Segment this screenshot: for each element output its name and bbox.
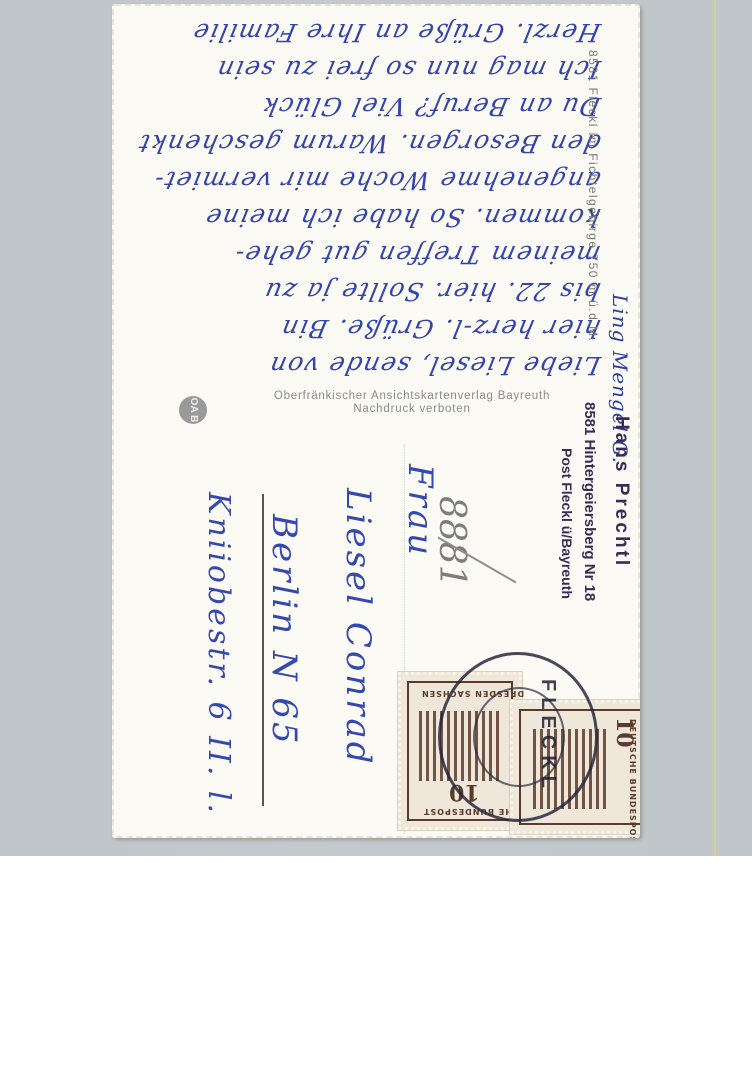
sender-name: Hans Prechtl: [610, 416, 632, 568]
postcard: Liebe Liesel, sende von hier herz-l. Grü…: [112, 4, 640, 838]
message-line: bis 22. hier. Sollte ja zu: [116, 273, 604, 310]
message-line: meinem Treffen gut gehe-: [116, 236, 604, 273]
sender-street: 8581 Hintergeiersberg Nr 18: [581, 402, 598, 601]
message-line: kommen. So habe ich meine: [116, 199, 604, 236]
postmark: FLECKL: [438, 652, 598, 822]
message-line: angenehme Woche mir vermiet-: [116, 162, 604, 199]
handwritten-message: Liebe Liesel, sende von hier herz-l. Grü…: [120, 4, 600, 384]
message-line: Herzl. Grüße an Ihre Familie: [116, 14, 604, 51]
location-caption: 8581 Fleckl im Fichtelgebirge 750 m ü.d.…: [586, 50, 600, 342]
recipient-name: Liesel Conrad: [338, 488, 378, 767]
publisher-imprint: Oberfränkischer Ansichtskartenverlag Bay…: [262, 390, 562, 416]
publisher-name: Oberfränkischer Ansichtskartenverlag Bay…: [262, 390, 562, 403]
city-underline: [262, 494, 264, 806]
publisher-logo: OA B: [179, 396, 207, 424]
recipient-city: Berlin N 65: [264, 514, 304, 747]
stamp-value: 10: [611, 717, 637, 748]
message-line: Ich mag nun so frei zu sein: [116, 51, 604, 88]
scanner-artifact-line: [714, 0, 716, 856]
message-line: Du an Beruf? Viel Glück: [116, 88, 604, 125]
recipient-street: Kniiobestr. 6 II. l.: [201, 492, 236, 816]
message-line: hier herz-l. Grüße. Bin: [116, 310, 604, 347]
reprint-notice: Nachdruck verboten: [262, 403, 562, 416]
postmark-town: FLECKL: [536, 679, 559, 794]
message-line: den Besorgen. Warum geschenkt: [116, 125, 604, 162]
message-line: Liebe Liesel, sende von: [116, 347, 604, 384]
sender-post: Post Fleckl ü/Bayreuth: [559, 448, 575, 599]
recipient-salutation: Frau: [400, 464, 440, 558]
